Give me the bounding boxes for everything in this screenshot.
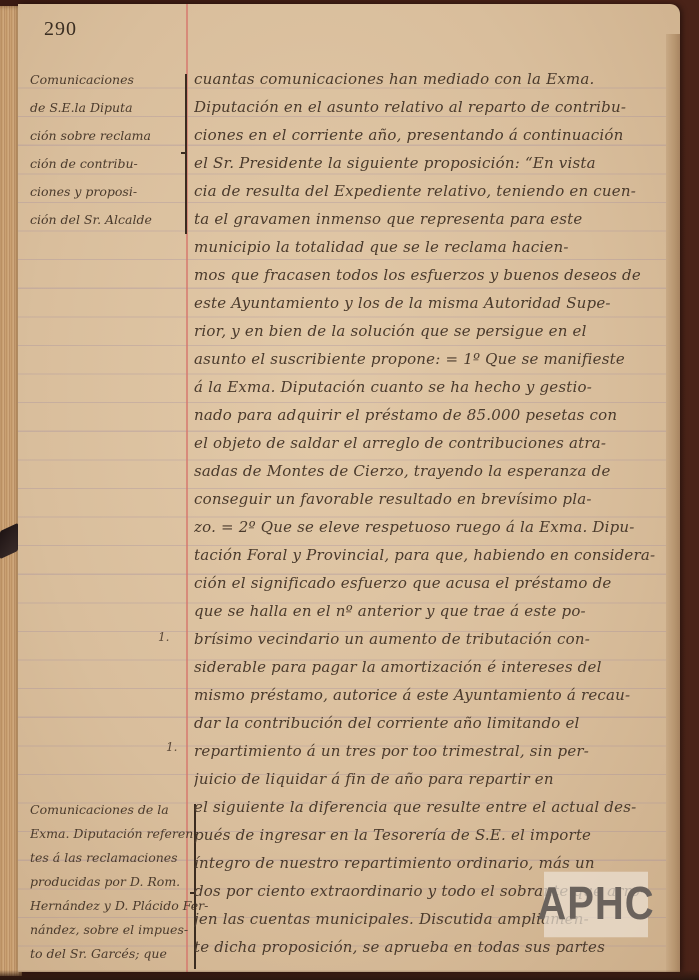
bottom-shadow (0, 970, 699, 980)
paragraph-mark: 1. (158, 630, 169, 644)
body-line: conseguir un favorable resultado en brev… (194, 490, 592, 508)
body-line: ción el significado esfuerzo que acusa e… (194, 574, 611, 592)
body-line: mismo préstamo, autorice á este Ayuntami… (194, 686, 630, 704)
paragraph-mark: 1. (166, 740, 177, 754)
body-line: el Sr. Presidente la siguiente proposici… (194, 154, 596, 172)
body-line: que se halla en el nº anterior y que tra… (194, 602, 586, 620)
margin-note-line: tes á las reclamaciones (30, 850, 178, 865)
body-line: mos que fracasen todos los esfuerzos y b… (194, 266, 641, 284)
body-line: este Ayuntamiento y los de la misma Auto… (194, 294, 611, 312)
margin-note-line: ción sobre reclama (30, 128, 151, 143)
body-line: asunto el suscribiente propone: = 1º Que… (194, 350, 625, 368)
body-line: brísimo vecindario un aumento de tributa… (194, 630, 590, 648)
margin-note-line: nández, sobre el impues- (30, 922, 188, 937)
body-line: pués de ingresar en la Tesorería de S.E.… (194, 826, 591, 844)
margin-note-line: Comunicaciones de la (30, 802, 169, 817)
body-line: á la Exma. Diputación cuanto se ha hecho… (194, 378, 592, 396)
margin-note-line: ción del Sr. Alcalde (30, 212, 152, 227)
body-line: siderable para pagar la amortización é i… (194, 658, 602, 676)
body-line: ciones en el corriente año, presentando … (194, 126, 623, 144)
archive-watermark: APHC (544, 872, 648, 938)
body-line: municipio la totalidad que se le reclama… (194, 238, 569, 256)
body-line: Diputación en el asunto relativo al repa… (194, 98, 626, 116)
body-line: zo. = 2º Que se eleve respetuoso ruego á… (194, 518, 635, 536)
ledger-page: 290 Comunicaciones de S.E.la Diputa ción… (18, 4, 680, 972)
body-line: juicio de liquidar á fin de año para rep… (194, 770, 554, 788)
margin-note-line: ción de contribu- (30, 156, 138, 171)
body-line: el objeto de saldar el arreglo de contri… (194, 434, 606, 452)
body-line: jen las cuentas municipales. Discutida a… (194, 910, 589, 928)
page-number: 290 (44, 18, 77, 41)
body-line: cuantas comunicaciones han mediado con l… (194, 70, 594, 88)
page-right-edge (666, 34, 680, 972)
margin-note-line: to del Sr. Garcés; que (30, 946, 167, 961)
body-line: repartimiento á un tres por too trimestr… (194, 742, 589, 760)
margin-bracket (185, 74, 187, 234)
margin-note-line: de S.E.la Diputa (30, 100, 133, 115)
margin-note-line: Hernández y D. Plácido Fer- (30, 898, 208, 913)
body-line: ta el gravamen inmenso que representa pa… (194, 210, 582, 228)
margin-note-line: ciones y proposi- (30, 184, 137, 199)
body-line: rior, y en bien de la solución que se pe… (194, 322, 587, 340)
body-line: cia de resulta del Expediente relativo, … (194, 182, 636, 200)
margin-note-line: Exma. Diputación referen- (30, 826, 198, 841)
body-line: tación Foral y Provincial, para que, hab… (194, 546, 655, 564)
body-line: nado para adquirir el préstamo de 85.000… (194, 406, 617, 424)
body-line: dar la contribución del corriente año li… (194, 714, 580, 732)
margin-note-line: producidas por D. Rom. (30, 874, 180, 889)
body-line: sadas de Montes de Cierzo, trayendo la e… (194, 462, 611, 480)
body-line: el siguiente la diferencia que resulte e… (194, 798, 636, 816)
margin-note-line: Comunicaciones (30, 72, 134, 87)
margin-bracket-tick (181, 152, 187, 154)
body-line: íntegro de nuestro repartimiento ordinar… (194, 854, 595, 872)
body-line: te dicha proposición, se aprueba en toda… (194, 938, 605, 956)
